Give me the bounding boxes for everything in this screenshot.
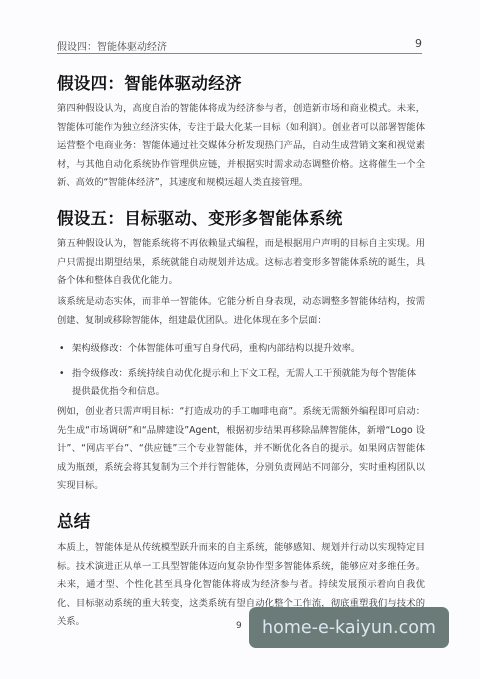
bullet-icon: • xyxy=(59,365,64,384)
watermark-text: home-e-kaiyun.com xyxy=(262,618,436,638)
evolution-levels-list: • 架构级修改：个体智能体可重写自身代码，重构内部结构以提升效率。 • 指令级修… xyxy=(57,340,425,408)
bullet-icon: • xyxy=(59,340,64,359)
running-header-page-number: 9 xyxy=(415,37,422,50)
list-item-instruction-level: • 指令级修改：系统持续自动优化提示和上下文工程，无需人工干预就能为每个智能体提… xyxy=(57,365,425,402)
paragraph-hypothesis-4: 第四种假设认为，高度自治的智能体将成为经济参与者，创造新市场和商业模式。未来，智… xyxy=(57,100,425,193)
watermark-badge: home-e-kaiyun.com xyxy=(249,607,449,648)
section-heading-hypothesis-5: 假设五：目标驱动、变形多智能体系统 xyxy=(57,205,343,229)
paragraph-hypothesis-5-dynamic: 该系统是动态实体，而非单一智能体。它能分析自身表现，动态调整多智能体结构，按需创… xyxy=(57,293,425,330)
paragraph-hypothesis-5-intro: 第五种假设认为，智能系统将不再依赖显式编程，而是根据用户声明的目标自主实现。用户… xyxy=(57,235,425,291)
footer-page-number: 9 xyxy=(236,621,242,631)
list-item-text: 指令级修改：系统持续自动优化提示和上下文工程，无需人工干预就能为每个智能体提供最… xyxy=(72,368,416,398)
running-header-title: 假设四：智能体驱动经济 xyxy=(57,38,167,53)
list-item-text: 架构级修改：个体智能体可重写自身代码，重构内部结构以提升效率。 xyxy=(72,343,360,354)
paragraph-hypothesis-5-example: 例如，创业者只需声明目标：“打造成功的手工咖啡电商”。系统无需额外编程即可启动：… xyxy=(57,403,425,496)
section-heading-summary: 总结 xyxy=(57,508,91,532)
list-item-architecture-level: • 架构级修改：个体智能体可重写自身代码，重构内部结构以提升效率。 xyxy=(57,340,425,359)
section-heading-hypothesis-4: 假设四：智能体驱动经济 xyxy=(57,70,242,94)
running-header: 假设四：智能体驱动经济 9 xyxy=(57,37,422,54)
